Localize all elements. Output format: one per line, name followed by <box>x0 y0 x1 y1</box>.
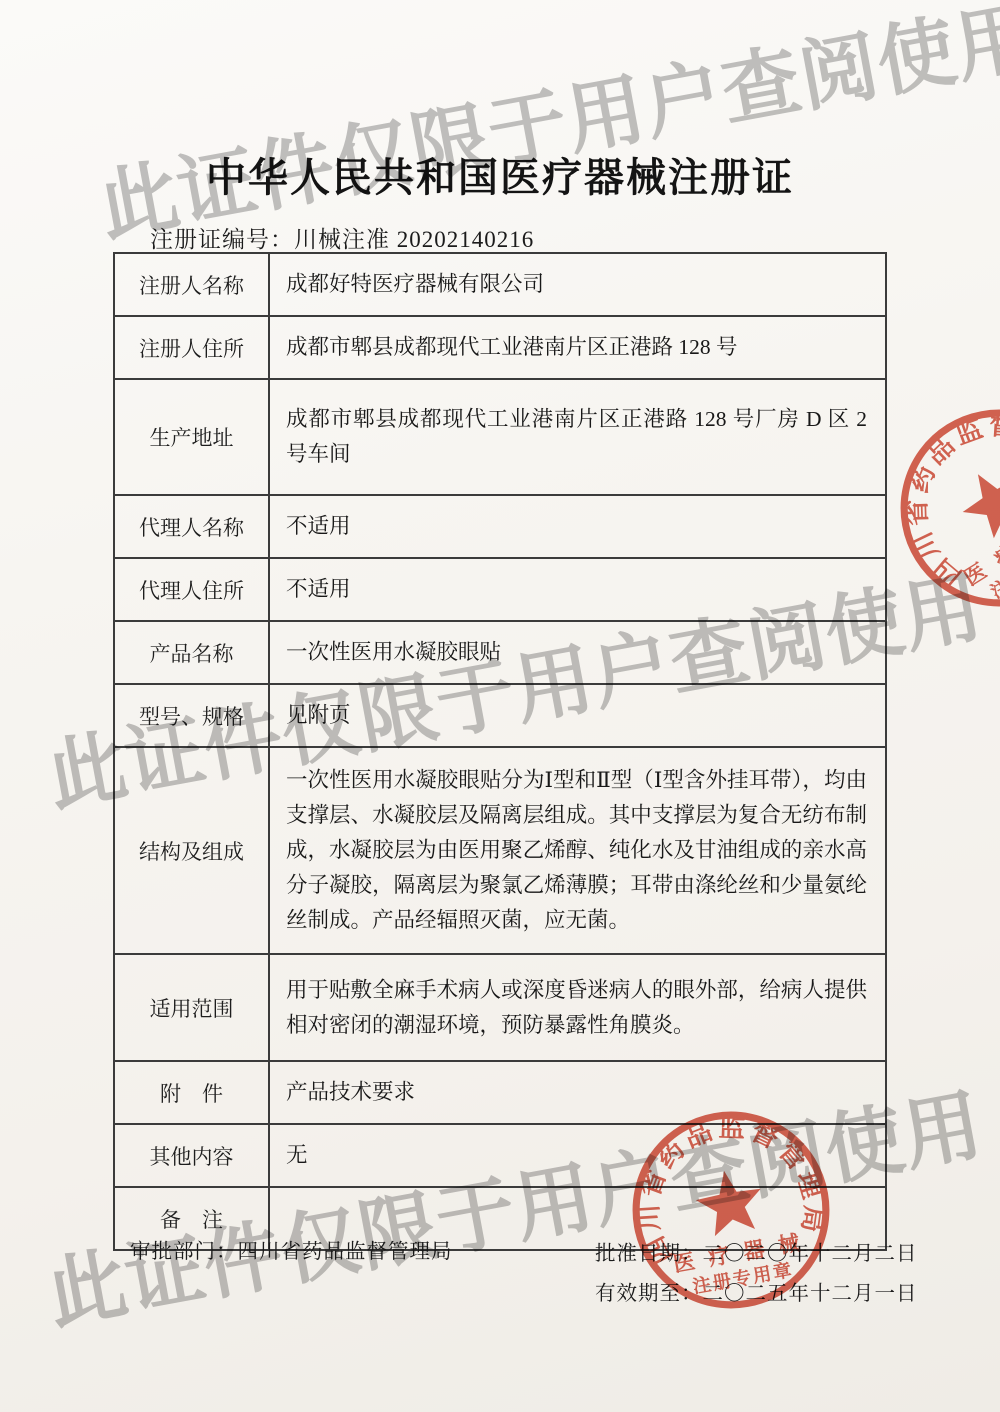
valid-until-label: 有效期至： <box>595 1283 703 1305</box>
field-value: 无 <box>270 1125 885 1186</box>
certificate-table: 注册人名称 成都好特医疗器械有限公司 注册人住所 成都市郫县成都现代工业港南片区… <box>113 252 887 1251</box>
field-label: 生产地址 <box>115 380 270 494</box>
field-value: 成都好特医疗器械有限公司 <box>270 254 885 315</box>
table-row: 产品名称 一次性医用水凝胶眼贴 <box>115 622 885 685</box>
table-row: 注册人名称 成都好特医疗器械有限公司 <box>115 254 885 317</box>
registration-number-line: 注册证编号：川械注准 20202140216 <box>150 221 534 254</box>
field-label: 结构及组成 <box>115 748 270 953</box>
approval-date-value: 二〇二〇年十二月二日 <box>703 1243 918 1265</box>
dates-block: 批准日期：二〇二〇年十二月二日 有效期至：二〇二五年十二月一日 <box>595 1234 918 1314</box>
approval-department-line: 审批部门：四川省药品监督管理局 <box>130 1234 453 1264</box>
field-value: 不适用 <box>270 496 885 557</box>
table-row: 代理人住所 不适用 <box>115 559 885 622</box>
field-value: 一次性医用水凝胶眼贴分为Ⅰ型和Ⅱ型（Ⅰ型含外挂耳带），均由支撑层、水凝胶层及隔离… <box>270 748 885 953</box>
field-label: 其他内容 <box>115 1125 270 1186</box>
field-label: 注册人住所 <box>115 317 270 378</box>
field-label: 附 件 <box>115 1062 270 1123</box>
table-row: 适用范围 用于贴敷全麻手术病人或深度昏迷病人的眼外部，给病人提供相对密闭的潮湿环… <box>115 955 885 1062</box>
field-label: 型号、规格 <box>115 685 270 746</box>
field-label: 注册人名称 <box>115 254 270 315</box>
registration-number-label: 注册证编号： <box>150 227 294 252</box>
table-row: 生产地址 成都市郫县成都现代工业港南片区正港路 128 号厂房 D 区 2 号车… <box>115 380 885 496</box>
valid-until-line: 有效期至：二〇二五年十二月一日 <box>595 1274 918 1314</box>
table-row: 其他内容 无 <box>115 1125 885 1188</box>
field-value: 见附页 <box>270 685 885 746</box>
table-row: 代理人名称 不适用 <box>115 496 885 559</box>
table-row: 型号、规格 见附页 <box>115 685 885 748</box>
registration-number-value: 川械注准 20202140216 <box>294 227 534 252</box>
watermark-text-top: 此证件仅限于用户查阅使用 <box>90 0 1000 257</box>
field-label: 适用范围 <box>115 955 270 1060</box>
page-title: 中华人民共和国医疗器械注册证 <box>0 146 1000 203</box>
table-row: 注册人住所 成都市郫县成都现代工业港南片区正港路 128 号 <box>115 317 885 380</box>
field-label: 代理人住所 <box>115 559 270 620</box>
field-value: 不适用 <box>270 559 885 620</box>
field-value: 一次性医用水凝胶眼贴 <box>270 622 885 683</box>
table-row: 结构及组成 一次性医用水凝胶眼贴分为Ⅰ型和Ⅱ型（Ⅰ型含外挂耳带），均由支撑层、水… <box>115 748 885 955</box>
approval-date-line: 批准日期：二〇二〇年十二月二日 <box>595 1234 918 1274</box>
field-value: 成都市郫县成都现代工业港南片区正港路 128 号厂房 D 区 2 号车间 <box>270 380 885 494</box>
valid-until-value: 二〇二五年十二月一日 <box>703 1283 918 1305</box>
approval-date-label: 批准日期： <box>595 1243 703 1265</box>
certificate-page: 中华人民共和国医疗器械注册证 注册证编号：川械注准 20202140216 注册… <box>0 0 1000 1412</box>
field-value: 产品技术要求 <box>270 1062 885 1123</box>
field-value: 用于贴敷全麻手术病人或深度昏迷病人的眼外部，给病人提供相对密闭的潮湿环境，预防暴… <box>270 955 885 1060</box>
field-value: 成都市郫县成都现代工业港南片区正港路 128 号 <box>270 317 885 378</box>
approval-department-label: 审批部门： <box>130 1241 238 1263</box>
field-label: 代理人名称 <box>115 496 270 557</box>
table-row: 附 件 产品技术要求 <box>115 1062 885 1125</box>
field-label: 产品名称 <box>115 622 270 683</box>
approval-department-value: 四川省药品监督管理局 <box>238 1241 453 1263</box>
